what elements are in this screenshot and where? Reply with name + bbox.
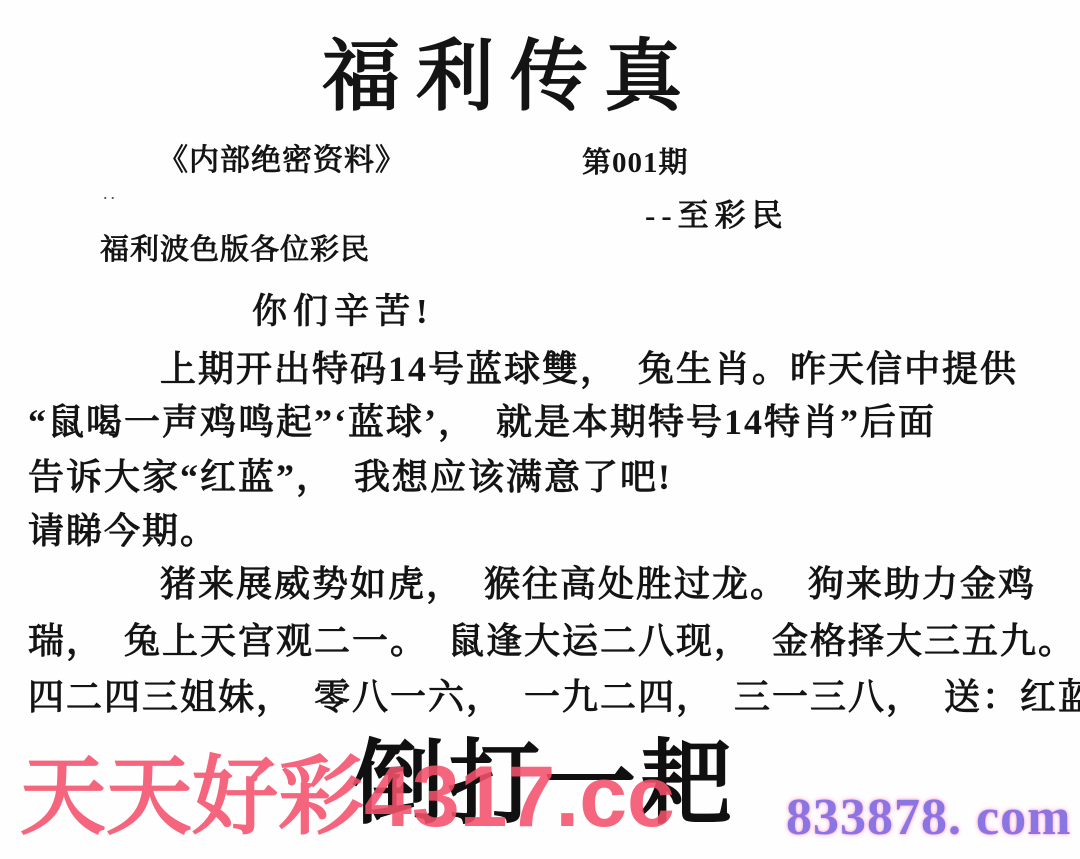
- body-line-6: 瑞， 兔上天宫观二一。 鼠逢大运二八现， 金格择大三五九。: [28, 621, 1076, 662]
- fax-document: 福利传真 《内部绝密资料》 第001期 .. --至彩民 福利波色版各位彩民 你…: [0, 0, 1080, 859]
- classification-label: 《内部绝密资料》: [158, 144, 406, 179]
- body-line-4: 请睇今期。: [28, 511, 218, 552]
- corner-dots: ..: [103, 183, 118, 204]
- watermark-domain: 833878. com: [786, 788, 1071, 848]
- dedication-line: --至彩民: [645, 198, 789, 234]
- issue-number: 第001期: [582, 147, 689, 180]
- watermark-site: 天天好彩4317.cc: [20, 748, 675, 847]
- body-line-3: 告诉大家“红蓝”， 我想应该满意了吧!: [28, 457, 672, 498]
- greeting-line: 你们辛苦!: [252, 292, 434, 332]
- body-line-2: “鼠喝一声鸡鸣起”‘蓝球’， 就是本期特号14特肖”后面: [28, 402, 936, 443]
- body-line-1: 上期开出特码14号蓝球雙， 兔生肖。昨天信中提供: [160, 349, 1018, 390]
- page-title: 福利传真: [322, 28, 698, 126]
- salutation-line: 福利波色版各位彩民: [100, 234, 370, 267]
- body-line-7: 四二四三姐妹， 零八一六， 一九二四， 三一三八， 送：红蓝: [28, 677, 1080, 718]
- body-line-5: 猪来展威势如虎， 猴往高处胜过龙。 狗来助力金鸡: [160, 564, 1036, 605]
